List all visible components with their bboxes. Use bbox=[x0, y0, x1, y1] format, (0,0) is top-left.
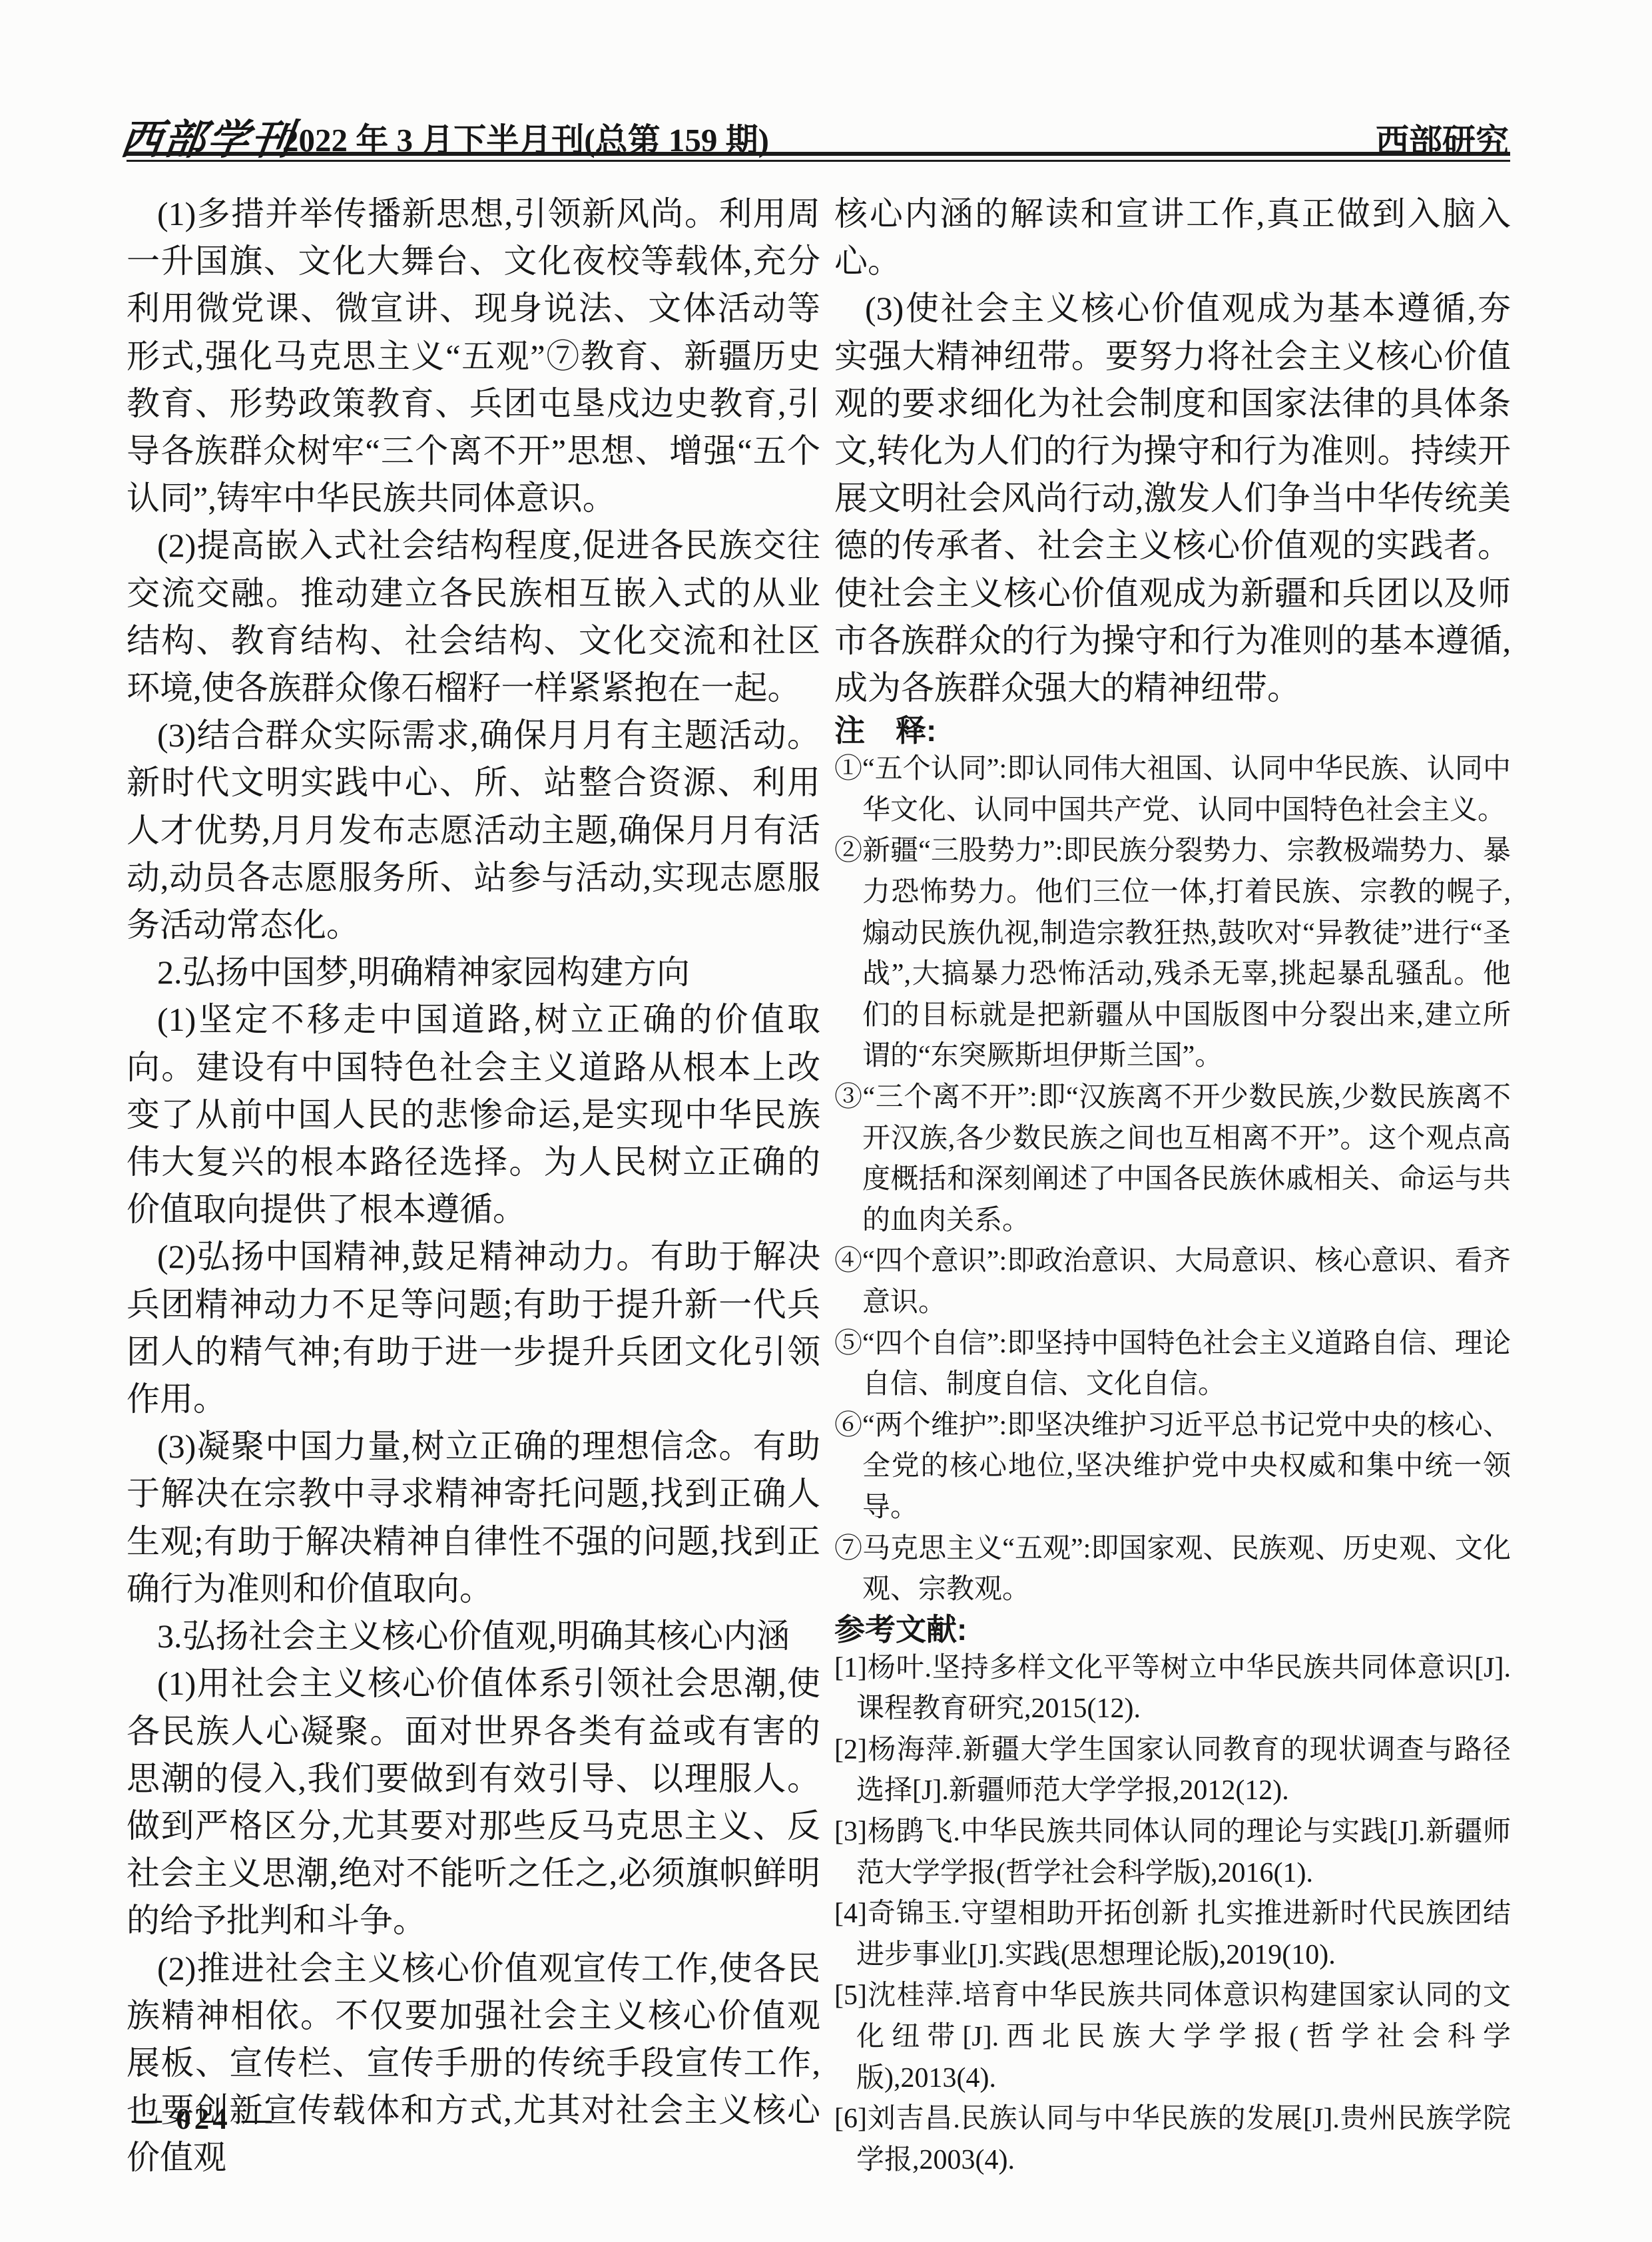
page-number: — 024 — bbox=[132, 2102, 275, 2136]
note-text: 马克思主义“五观”:即国家观、民族观、历史观、文化观、宗教观。 bbox=[862, 1534, 1511, 1605]
note-item: ①“五个认同”:即认同伟大祖国、认同中华民族、认同中华文化、认同中国共产党、认同… bbox=[834, 749, 1511, 831]
note-item: ③“三个离不开”:即“汉族离不开少数民族,少数民族离不开汉族,各少数民族之间也互… bbox=[834, 1077, 1511, 1241]
reference-item: [4]奇锦玉.守望相助开拓创新 扎实推进新时代民族团结进步事业[J].实践(思想… bbox=[834, 1894, 1511, 1976]
body-paragraph-continuation: 核心内涵的解读和宣讲工作,真正做到入脑入心。 bbox=[834, 190, 1511, 285]
journal-logo: 西部学刊 bbox=[118, 107, 298, 166]
reference-number-marker: [4] bbox=[834, 1898, 867, 1929]
note-text: “五个认同”:即认同伟大祖国、认同中华民族、认同中华文化、认同中国共产党、认同中… bbox=[862, 754, 1511, 826]
right-column: 核心内涵的解读和宣讲工作,真正做到入脑入心。 (3)使社会主义核心价值观成为基本… bbox=[834, 190, 1511, 2181]
reference-item: [1]杨叶.坚持多样文化平等树立中华民族共同体意识[J].课程教育研究,2015… bbox=[834, 1648, 1511, 1730]
reference-item: [5]沈桂萍.培育中华民族共同体意识构建国家认同的文化纽带[J].西北民族大学学… bbox=[834, 1976, 1511, 2099]
note-number-marker: ③ bbox=[834, 1082, 863, 1113]
note-text: “四个自信”:即坚持中国特色社会主义道路自信、理论自信、制度自信、文化自信。 bbox=[862, 1328, 1511, 1400]
note-number-marker: ⑤ bbox=[834, 1328, 862, 1359]
note-item: ⑦马克思主义“五观”:即国家观、民族观、历史观、文化观、宗教观。 bbox=[834, 1529, 1511, 1611]
reference-text: 奇锦玉.守望相助开拓创新 扎实推进新时代民族团结进步事业[J].实践(思想理论版… bbox=[856, 1898, 1511, 1970]
note-item: ②新疆“三股势力”:即民族分裂势力、宗教极端势力、暴力恐怖势力。他们三位一体,打… bbox=[834, 831, 1511, 1077]
body-paragraph: (3)使社会主义核心价值观成为基本遵循,夯实强大精神纽带。要努力将社会主义核心价… bbox=[834, 285, 1511, 712]
references-heading: 参考文献: bbox=[834, 1611, 1511, 1648]
section-subheading: 3.弘扬社会主义核心价值观,明确其核心内涵 bbox=[127, 1613, 820, 1660]
reference-number-marker: [6] bbox=[834, 2103, 867, 2134]
note-item: ⑥“两个维护”:即坚决维护习近平总书记党中央的核心、全党的核心地位,坚决维护党中… bbox=[834, 1406, 1511, 1529]
body-paragraph: (1)用社会主义核心价值体系引领社会思潮,使各民族人心凝聚。面对世界各类有益或有… bbox=[127, 1660, 820, 1944]
reference-text: 沈桂萍.培育中华民族共同体意识构建国家认同的文化纽带[J].西北民族大学学报(哲… bbox=[856, 1980, 1511, 2093]
body-paragraph: (3)凝聚中国力量,树立正确的理想信念。有助于解决在宗教中寻求精神寄托问题,找到… bbox=[127, 1423, 820, 1613]
body-paragraph: (3)结合群众实际需求,确保月月有主题活动。新时代文明实践中心、所、站整合资源、… bbox=[127, 712, 820, 949]
notes-heading: 注 释: bbox=[834, 712, 1511, 749]
reference-item: [6]刘吉昌.民族认同与中华民族的发展[J].贵州民族学院学报,2003(4). bbox=[834, 2099, 1511, 2181]
note-item: ⑤“四个自信”:即坚持中国特色社会主义道路自信、理论自信、制度自信、文化自信。 bbox=[834, 1324, 1511, 1406]
reference-number-marker: [1] bbox=[834, 1653, 867, 1683]
reference-text: 杨鹍飞.中华民族共同体认同的理论与实践[J].新疆师范大学学报(哲学社会科学版)… bbox=[856, 1817, 1511, 1888]
note-item: ④“四个意识”:即政治意识、大局意识、核心意识、看齐意识。 bbox=[834, 1241, 1511, 1323]
note-number-marker: ④ bbox=[834, 1246, 862, 1276]
note-text: 新疆“三股势力”:即民族分裂势力、宗教极端势力、暴力恐怖势力。他们三位一体,打着… bbox=[862, 836, 1511, 1071]
reference-text: 杨叶.坚持多样文化平等树立中华民族共同体意识[J].课程教育研究,2015(12… bbox=[856, 1653, 1511, 1725]
notes-list: ①“五个认同”:即认同伟大祖国、认同中华民族、认同中华文化、认同中国共产党、认同… bbox=[834, 749, 1511, 1610]
body-paragraph: (2)弘扬中国精神,鼓足精神动力。有助于解决兵团精神动力不足等问题;有助于提升新… bbox=[127, 1233, 820, 1423]
note-text: “两个维护”:即坚决维护习近平总书记党中央的核心、全党的核心地位,坚决维护党中央… bbox=[862, 1410, 1511, 1523]
reference-text: 杨海萍.新疆大学生国家认同教育的现状调查与路径选择[J].新疆师范大学学报,20… bbox=[856, 1735, 1511, 1807]
reference-item: [2]杨海萍.新疆大学生国家认同教育的现状调查与路径选择[J].新疆师范大学学报… bbox=[834, 1730, 1511, 1812]
body-paragraph: (1)坚定不移走中国道路,树立正确的价值取向。建设有中国特色社会主义道路从根本上… bbox=[127, 996, 820, 1233]
reference-item: [3]杨鹍飞.中华民族共同体认同的理论与实践[J].新疆师范大学学报(哲学社会科… bbox=[834, 1812, 1511, 1894]
note-number-marker: ② bbox=[834, 836, 862, 866]
section-subheading: 2.弘扬中国梦,明确精神家园构建方向 bbox=[127, 949, 820, 996]
reference-number-marker: [5] bbox=[834, 1980, 867, 2011]
references-list: [1]杨叶.坚持多样文化平等树立中华民族共同体意识[J].课程教育研究,2015… bbox=[834, 1648, 1511, 2181]
reference-number-marker: [3] bbox=[834, 1817, 867, 1847]
note-number-marker: ⑥ bbox=[834, 1410, 862, 1441]
header-rule-thick bbox=[127, 152, 1510, 156]
body-paragraph: (1)多措并举传播新思想,引领新风尚。利用周一升国旗、文化大舞台、文化夜校等载体… bbox=[127, 190, 820, 522]
left-column: (1)多措并举传播新思想,引领新风尚。利用周一升国旗、文化大舞台、文化夜校等载体… bbox=[127, 190, 820, 2182]
note-number-marker: ⑦ bbox=[834, 1534, 862, 1564]
note-text: “四个意识”:即政治意识、大局意识、核心意识、看齐意识。 bbox=[862, 1246, 1511, 1318]
body-paragraph: (2)提高嵌入式社会结构程度,促进各民族交往交流交融。推动建立各民族相互嵌入式的… bbox=[127, 522, 820, 712]
body-paragraph: (2)推进社会主义核心价值观宣传工作,使各民族精神相依。不仅要加强社会主义核心价… bbox=[127, 1945, 820, 2182]
note-text: “三个离不开”:即“汉族离不开少数民族,少数民族离不开汉族,各少数民族之间也互相… bbox=[862, 1082, 1511, 1236]
note-number-marker: ① bbox=[834, 754, 862, 784]
reference-number-marker: [2] bbox=[834, 1735, 867, 1765]
header-rule-thin bbox=[127, 160, 1510, 162]
reference-text: 刘吉昌.民族认同与中华民族的发展[J].贵州民族学院学报,2003(4). bbox=[856, 2103, 1511, 2175]
